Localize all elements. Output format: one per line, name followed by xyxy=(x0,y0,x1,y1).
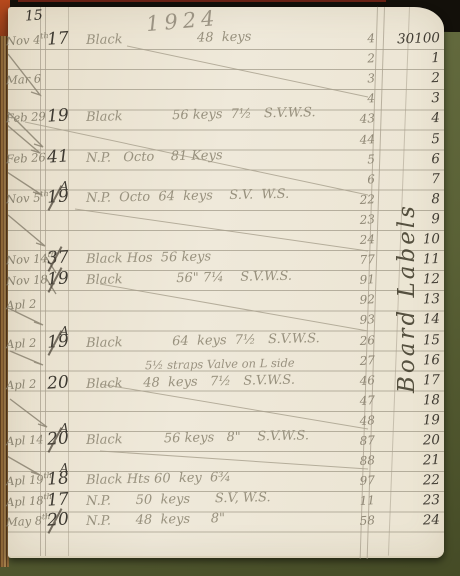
batch-number: 22 xyxy=(342,189,375,211)
serial-number: 17 xyxy=(378,370,441,392)
ledger-number-row: 239 xyxy=(8,210,444,230)
serial-number: 24 xyxy=(378,510,441,532)
batch-number: 4 xyxy=(342,28,375,50)
serial-number: 30100 xyxy=(378,28,441,50)
ledger-number-row: 445 xyxy=(8,130,444,150)
ledger-number-row: 228 xyxy=(8,190,444,210)
serial-number: 8 xyxy=(378,189,441,211)
serial-number: 18 xyxy=(378,390,441,412)
ledger-number-row: 434 xyxy=(8,109,444,129)
ledger-number-row: 2410 xyxy=(8,230,444,250)
ledger-number-row: 56 xyxy=(8,150,444,170)
photo-of-ledger: { "page": { "page_number": "15", "year_h… xyxy=(0,0,460,576)
batch-number: 27 xyxy=(342,350,375,372)
serial-number: 3 xyxy=(378,88,441,110)
serial-number: 20 xyxy=(378,430,441,452)
ledger-number-row: 7711 xyxy=(8,250,444,270)
book-cover-red-edge xyxy=(18,0,448,2)
ledger-number-row: 2615 xyxy=(8,331,444,351)
batch-number: 97 xyxy=(342,470,375,492)
serial-number: 7 xyxy=(378,169,441,191)
ledger-number-row: 21 xyxy=(8,49,444,69)
batch-number: 48 xyxy=(342,410,375,432)
batch-number: 4 xyxy=(342,88,375,110)
serial-number: 22 xyxy=(378,470,441,492)
batch-number: 24 xyxy=(342,229,375,251)
serial-number: 21 xyxy=(378,450,441,472)
ledger-number-row: 4617 xyxy=(8,371,444,391)
batch-number: 23 xyxy=(342,209,375,231)
page-number: 15 xyxy=(24,7,43,24)
ledger-number-row: 43 xyxy=(8,89,444,109)
batch-number: 5 xyxy=(342,149,375,171)
serial-number: 2 xyxy=(378,68,441,90)
ledger-number-row: 67 xyxy=(8,170,444,190)
batch-number: 77 xyxy=(342,249,375,271)
batch-number: 93 xyxy=(342,309,375,331)
ledger-number-row: 430100 xyxy=(8,29,444,49)
ledger-number-row: 8720 xyxy=(8,431,444,451)
batch-number: 3 xyxy=(342,68,375,90)
batch-number: 2 xyxy=(342,48,375,70)
batch-number: 26 xyxy=(342,330,375,352)
serial-number: 5 xyxy=(378,129,441,151)
ledger-number-row: 9722 xyxy=(8,471,444,491)
batch-number: 47 xyxy=(342,390,375,412)
ledger-number-row: 2716 xyxy=(8,351,444,371)
serial-number: 14 xyxy=(378,309,441,331)
batch-number: 11 xyxy=(342,490,375,512)
batch-number: 6 xyxy=(342,169,375,191)
serial-number: 9 xyxy=(378,209,441,231)
serial-number: 16 xyxy=(378,350,441,372)
batch-number: 92 xyxy=(342,289,375,311)
batch-number: 91 xyxy=(342,269,375,291)
batch-number: 88 xyxy=(342,450,375,472)
serial-number: 13 xyxy=(378,289,441,311)
ledger-number-row: 5824 xyxy=(8,511,444,531)
batch-number: 44 xyxy=(342,129,375,151)
serial-number: 11 xyxy=(378,249,441,271)
batch-number: 87 xyxy=(342,430,375,452)
serial-number: 12 xyxy=(378,269,441,291)
batch-number: 46 xyxy=(342,370,375,392)
serial-number: 15 xyxy=(378,330,441,352)
ledger-page: 15 1924 Board Labels Nov 4th 17 Black 48… xyxy=(8,7,444,558)
serial-number: 1 xyxy=(378,48,441,70)
ledger-number-row: 4819 xyxy=(8,411,444,431)
batch-number: 58 xyxy=(342,510,375,532)
ledger-number-row: 9112 xyxy=(8,270,444,290)
serial-number: 4 xyxy=(378,108,441,130)
serial-number: 23 xyxy=(378,490,441,512)
serial-number: 10 xyxy=(378,229,441,251)
ledger-number-row: 32 xyxy=(8,69,444,89)
ledger-number-row: 8821 xyxy=(8,451,444,471)
serial-number: 19 xyxy=(378,410,441,432)
serial-number: 6 xyxy=(378,149,441,171)
ledger-number-row: 9213 xyxy=(8,290,444,310)
ledger-number-row: 1123 xyxy=(8,491,444,511)
batch-number: 43 xyxy=(342,108,375,130)
ledger-number-row: 9314 xyxy=(8,310,444,330)
ledger-number-row: 4718 xyxy=(8,391,444,411)
